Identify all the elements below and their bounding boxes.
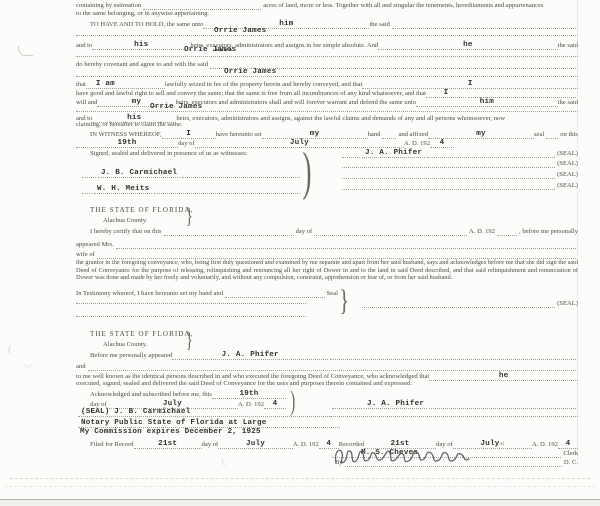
print-text: Filed for Record xyxy=(90,441,134,450)
dotted-leader xyxy=(116,242,576,249)
line-witnesses-label: Signed, sealed and delivered in presence… xyxy=(90,150,330,159)
print-text: A. D. 192 xyxy=(293,441,319,450)
typed-i: I xyxy=(468,80,473,88)
typed-slot: J. A. Phifer xyxy=(172,351,328,360)
print-text: Clerk xyxy=(563,450,578,459)
print-text: day of xyxy=(178,140,195,149)
typed-slot: him xyxy=(416,98,558,107)
testimony-bracket: } xyxy=(339,286,349,316)
print-text: day of xyxy=(202,441,219,450)
typed-slot: my xyxy=(428,130,534,139)
print-text: heirs, executors and administrators shal… xyxy=(175,99,416,108)
dower-seal-line: (SEAL) xyxy=(360,300,578,309)
typed-slot: July xyxy=(218,440,293,449)
margin-mark: ( xyxy=(8,342,12,357)
print-text: THE STATE OF FLORIDA, xyxy=(90,206,193,215)
dotted-leader xyxy=(362,301,555,308)
typed-i: I xyxy=(444,89,449,97)
seal-label: (SEAL) xyxy=(557,160,578,169)
line-covenant: do hereby covenant and agree to and with… xyxy=(76,61,578,70)
line-appeared-mrs: appeared Mrs. xyxy=(76,241,578,250)
dotted-leader xyxy=(427,151,555,158)
typed-him: him xyxy=(480,98,494,106)
county-line-2: Alachua County. xyxy=(103,341,147,350)
typed-grantee-name: Orrie James xyxy=(224,68,276,76)
typed-year: 4 xyxy=(326,440,331,448)
line-acknowledged: Acknowledged and subscribed before me, t… xyxy=(90,390,286,400)
dotted-leader xyxy=(88,364,576,371)
dotted-leader xyxy=(468,91,576,98)
print-text: A. D. 192 xyxy=(469,228,495,237)
typed-slot: J. B. Carmichael xyxy=(98,169,180,178)
typed-his: his xyxy=(134,41,148,49)
witness-signature-2: W. H. Meits xyxy=(80,185,302,195)
dotted-leader xyxy=(97,252,576,259)
print-at: at xyxy=(499,440,504,448)
typed-slot: I am xyxy=(86,80,165,89)
seal-line-3: (SEAL) xyxy=(340,171,578,180)
print-text: the said xyxy=(558,99,578,108)
typed-witness-name: J. B. Carmichael xyxy=(101,169,177,177)
typed-slot: (SEAL) J. B. Carmichael xyxy=(78,408,334,417)
print-text: D. C. xyxy=(564,459,578,468)
seal-label: (SEAL) xyxy=(557,171,578,180)
typed-my: my xyxy=(132,98,142,106)
print-text: claiming, or hereafter to claim the same… xyxy=(76,121,183,130)
typed-slot: 19th xyxy=(76,139,178,148)
dotted-leader xyxy=(382,132,396,139)
typed-slot: 4 xyxy=(430,139,454,148)
typed-right-name: J. A. Phifer xyxy=(367,400,424,408)
dotted-leader xyxy=(332,402,362,409)
dotted-leader xyxy=(546,132,558,139)
typed-i-am: I am xyxy=(96,80,115,88)
typed-slot: Notary Public State of Florida at Large xyxy=(78,419,340,428)
print-text: Seal xyxy=(327,290,338,299)
line-and-blank: and xyxy=(76,363,578,372)
witness-bracket: ) xyxy=(302,144,311,198)
print-text: the said xyxy=(369,21,389,30)
dotted-leader xyxy=(225,291,325,298)
scan-noise-line xyxy=(10,478,590,479)
line-before-appeared: Before me personally appeared J. A. Phif… xyxy=(90,351,578,361)
dotted-leader xyxy=(82,187,92,194)
dotted-leader xyxy=(182,171,300,178)
seal-label: (SEAL) xyxy=(557,182,578,191)
typed-he: he xyxy=(499,372,509,380)
print-text: on this xyxy=(560,131,578,140)
typed-slot: 19th xyxy=(212,390,286,399)
witness-signature-1: J. B. Carmichael xyxy=(80,169,302,179)
typed-notary-title: Notary Public State of Florida at Large xyxy=(81,419,267,427)
print-text: In Testimony whereof, I have hereunto se… xyxy=(76,290,223,299)
typed-day: 19th xyxy=(117,139,136,147)
typed-slot: W. H. Meits xyxy=(94,185,152,194)
typed-slot: July xyxy=(195,139,404,148)
line-and-to-his: and to his heirs, executors, administrat… xyxy=(76,41,578,51)
print-text: will and xyxy=(76,99,97,108)
seal-line-2: (SEAL) xyxy=(340,160,578,169)
typed-grantee-name: Orrie James xyxy=(150,103,202,111)
typed-slot: I xyxy=(426,89,466,98)
typed-slot: J. A. Phifer xyxy=(364,400,427,409)
state-bracket-2: } xyxy=(186,329,193,351)
print-text: and to xyxy=(76,42,92,51)
typed-slot: 4 xyxy=(558,440,578,449)
typed-i: I xyxy=(186,130,191,138)
dotted-leader xyxy=(330,353,576,360)
typed-slot: 21st xyxy=(134,440,202,449)
typed-him: him xyxy=(279,20,293,28)
scan-bottom-band xyxy=(0,500,600,506)
print-text: appeared Mrs. xyxy=(76,241,114,250)
print-text: , before me personally xyxy=(519,228,578,237)
dotted-leader xyxy=(314,229,467,236)
print-text: Alachua County. xyxy=(103,341,147,350)
typed-slot: I xyxy=(362,80,578,89)
typed-my: my xyxy=(476,130,486,138)
state-heading-2: THE STATE OF FLORIDA, xyxy=(90,330,193,339)
dotted-rule xyxy=(76,316,306,317)
typed-witness-name: W. H. Meits xyxy=(97,185,149,193)
scan-edge-line xyxy=(577,0,578,462)
dotted-rule xyxy=(76,35,578,36)
print-text: Before me personally appeared xyxy=(90,352,172,361)
dotted-leader xyxy=(429,402,576,409)
typed-year: 4 xyxy=(440,139,445,147)
typed-day: 19th xyxy=(239,390,258,398)
typed-my: my xyxy=(310,130,320,138)
typed-slot: I xyxy=(162,130,216,139)
typed-slot: my xyxy=(262,130,368,139)
deputy-clerk-signature-handwriting xyxy=(332,441,482,469)
typed-commission-line: My Commission expires December 2, 1925 xyxy=(80,428,261,436)
dotted-rule xyxy=(76,76,578,77)
county-line-1: Alachua County. xyxy=(103,217,147,226)
dotted-leader xyxy=(164,229,294,236)
print-text: day of xyxy=(296,228,313,237)
typed-signer-name: J. A. Phifer xyxy=(365,149,422,157)
line-date: 19th day of July A. D. 192 4 xyxy=(76,139,454,149)
dotted-rule xyxy=(76,111,578,112)
print-text: to the same belonging, or in anywise app… xyxy=(76,10,209,19)
typed-slot: he xyxy=(378,41,557,50)
print-text: Alachua County. xyxy=(103,217,147,226)
typed-year: 4 xyxy=(273,400,278,408)
line-certify: I hereby certify that on this day of A. … xyxy=(90,228,578,237)
seal-label: (SEAL) xyxy=(557,150,578,159)
typed-year: 4 xyxy=(566,440,571,448)
deed-scan-page: containing by estimation acres of land, … xyxy=(0,0,600,506)
dotted-leader xyxy=(342,161,555,168)
state-heading-1: THE STATE OF FLORIDA, xyxy=(90,206,193,215)
print-text: and xyxy=(76,363,86,372)
print-text: TO HAVE AND TO HOLD, the same unto xyxy=(90,21,203,30)
print-text: seal xyxy=(534,131,544,140)
print-text: do hereby covenant and agree to and with… xyxy=(76,61,208,70)
seal-label: (SEAL) xyxy=(557,300,578,309)
dotted-leader xyxy=(342,183,555,190)
print-text: Signed, sealed and delivered in presence… xyxy=(90,150,247,159)
notary-signature-line: J. A. Phifer xyxy=(330,400,578,410)
print-text: I hereby certify that on this xyxy=(90,228,162,237)
print-text: executed, signed, sealed and delivered t… xyxy=(76,380,412,389)
line-have-and-hold: TO HAVE AND TO HOLD, the same unto him t… xyxy=(90,20,578,30)
seal-line-4: (SEAL) xyxy=(340,182,578,191)
notary-seal-name-line: (SEAL) J. B. Carmichael xyxy=(78,408,334,418)
margin-mark xyxy=(222,458,239,470)
line-claiming: claiming, or hereafter to claim the same… xyxy=(76,121,296,130)
typed-filed-month: July xyxy=(246,440,265,448)
typed-slot: his xyxy=(92,41,190,50)
dotted-leader xyxy=(342,151,360,158)
line-belonging: to the same belonging, or in anywise app… xyxy=(76,10,336,19)
typed-appeared-name: J. A. Phifer xyxy=(222,351,279,359)
print-text: A. D. 192 xyxy=(404,140,430,149)
dotted-leader xyxy=(392,22,576,29)
typed-slot: J. A. Phifer xyxy=(362,149,425,158)
typed-filed-day: 21st xyxy=(158,440,177,448)
typed-grantee-name: Orrie James xyxy=(214,27,266,35)
dower-paragraph: the grantor in the foregoing conveyance,… xyxy=(76,259,578,282)
typed-he: he xyxy=(463,41,473,49)
margin-mark xyxy=(18,46,33,56)
dotted-leader xyxy=(497,229,517,236)
typed-notary-seal-name: (SEAL) J. B. Carmichael xyxy=(81,408,190,416)
typed-month: July xyxy=(163,400,182,408)
line-testimony: In Testimony whereof, I have hereunto se… xyxy=(76,290,338,299)
print-text: the said xyxy=(558,42,578,51)
dotted-rule xyxy=(330,416,578,417)
margin-mark: ◡ xyxy=(24,358,33,369)
dotted-leader xyxy=(342,172,555,179)
dotted-leader xyxy=(154,187,300,194)
dotted-rule xyxy=(76,303,306,304)
print-text: Acknowledged and subscribed before me, t… xyxy=(90,391,212,400)
dotted-leader xyxy=(143,3,261,10)
scan-noise-line xyxy=(4,486,596,487)
dotted-leader xyxy=(82,171,96,178)
typed-rec-month: July xyxy=(480,440,499,448)
print-text: THE STATE OF FLORIDA, xyxy=(90,330,193,339)
dotted-rule xyxy=(76,56,578,57)
seal-line-1: J. A. Phifer (SEAL) xyxy=(340,149,578,159)
state-bracket-1: } xyxy=(186,205,193,227)
